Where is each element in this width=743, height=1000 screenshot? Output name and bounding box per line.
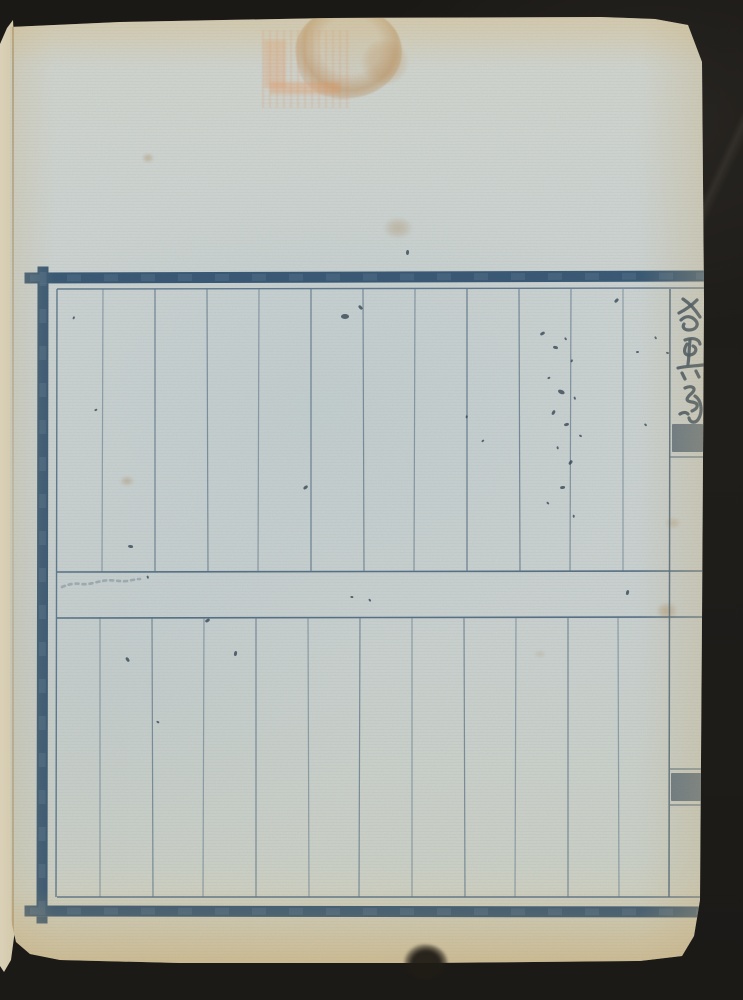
paper-grain: [0, 14, 710, 966]
shadow-blob: [404, 944, 448, 980]
background-crease: [700, 40, 743, 300]
ink-block-texture: [671, 773, 702, 801]
book-page: 公與號: [0, 0, 710, 975]
ink-block-texture: [672, 424, 703, 452]
ruled-frame: [0, 0, 743, 1000]
page-fold-edge: [12, 22, 14, 960]
ink-speck: [341, 314, 350, 319]
title-vertical-text: 公與號: [672, 298, 709, 428]
scanned-book-page-photo: 公與號: [0, 0, 743, 1000]
banxin-column-line: [669, 289, 670, 897]
